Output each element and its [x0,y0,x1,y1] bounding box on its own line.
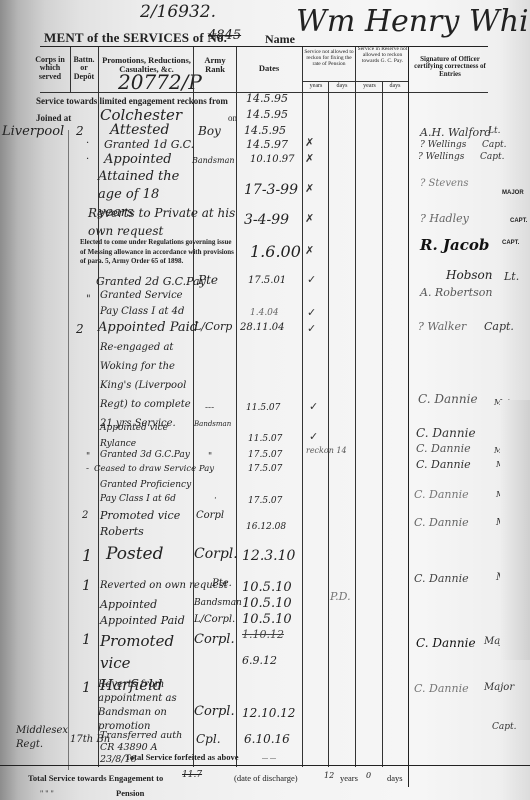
entry-rank: L/Corp [194,320,232,333]
total-engagement-label: Total Service towards Engagement to [28,773,163,783]
entry-battn: 2 [76,322,84,336]
forfeited-dots: ... ... [262,752,276,761]
header-days-2: days [382,83,408,89]
entry-event: Appointed vice Rylance [100,420,192,452]
days-value: 0 [366,771,371,780]
entry-battn: 1 [82,546,92,565]
entry-date: 10.10.97 [250,154,295,165]
entry-date: 1.4.04 [250,308,279,318]
signature: C. Dannie [414,488,469,501]
signature: ? Stevens [420,178,468,189]
header-service-not-allowed: Service not allowed to reckon for fixing… [303,50,355,67]
entry-date: 6.9.12 [242,654,277,667]
entry-date: 17.5.07 [248,464,282,474]
entry-date: 10.5.10 [242,596,292,611]
signature: C. Dannie [416,442,471,455]
entry-corps: Liverpool [2,124,64,139]
entry-event: Promoted vice Roberts [100,508,192,540]
entry-event: Re-engaged at Woking for the King's (Liv… [100,338,192,433]
entry-date: 14.5.95 [244,124,286,137]
col-rule [70,47,71,92]
entry-mark: ✓ [307,306,316,319]
entry-rank: Corpl. [194,632,235,647]
entry-date-struck: 1.10.12 [242,628,284,641]
entry-rank: " [208,452,212,462]
entry-mark: ✓ [307,273,316,286]
entry-rank: Bandsman [192,156,235,165]
limited-engagement-date: 14.5.95 [246,92,288,105]
entry-event: Granted Proficiency Pay Class I at 6d [100,478,192,506]
signature-rank: CAPT. [502,240,519,246]
signature: C. Dannie [414,682,469,695]
forfeited-label: Total Service forfeited as above [125,752,238,762]
entry-battn: · [86,138,89,149]
joined-at-label: Joined at [36,113,71,123]
entry-date: 16.12.08 [246,522,286,532]
signature-rank: Capt. [480,152,505,162]
entry-event: Appointed [100,598,157,611]
total-engagement-value: 11.7 [182,770,202,780]
entry-mark: ✗ [305,244,314,257]
entry-date: 14.5.97 [246,138,288,151]
joined-date: 14.5.95 [246,108,288,121]
signature: ? Walker [418,320,466,333]
entry-date: 1.6.00 [250,242,301,261]
footer-rule [0,765,530,766]
signature: C. Dannie [418,392,478,406]
entry-rank: Cpl. [196,732,221,746]
entry-rank: Bandsman [194,598,242,608]
entry-event: Appointed Paid [100,614,185,627]
pension-label: Pension [116,788,144,798]
entry-date: 12.3.10 [242,548,295,564]
entry-event: Reverted on own request [100,580,228,591]
entry-event: Granted 2d G.C.Pay [96,275,206,288]
entry-mark: ✗ [305,182,314,195]
entry-mark: ✓ [309,400,318,413]
col-rule [408,47,409,787]
entry-date: 11.5.07 [248,434,282,444]
col-rule [302,47,303,767]
entry-date: 17.5.01 [248,275,286,286]
entry-event: Granted 1d G.C. [104,138,194,151]
entry-rank: Corpl. [194,704,235,719]
days-label: days [387,773,403,783]
header-battn: Battn. or Depôt [70,56,98,81]
signature-rank: Capt. [482,140,507,150]
entry-mark: ✗ [305,152,314,165]
signature: A. Robertson [420,286,492,299]
entry-date: 28.11.04 [240,322,285,333]
col-rule [68,130,69,770]
entry-battn: 1 [82,578,91,594]
entry-rank: L/Corpl. [194,614,235,625]
entry-date: 17.5.07 [248,450,282,460]
entry-corps: Middlesex Regt. [16,724,66,752]
signature-rank: Capt. [484,320,514,333]
signature-rank: CAPT. [510,218,527,224]
discharge-label: (date of discharge) [234,773,298,783]
header-corps: Corps in which served [30,56,70,81]
entry-event: Reverts to Private at his own request [88,204,238,240]
entry-mark: ✗ [305,136,314,149]
entry-rank: Pte. [212,578,232,589]
years-label: years [340,773,358,783]
signature: C. Dannie [416,636,476,650]
col-rule [236,47,237,767]
entry-rank: Pte [198,273,218,287]
signature: C. Dannie [414,516,469,529]
entry-rank: Boy [198,124,221,138]
soldier-name: Wm Henry Whiting [296,4,530,39]
signature-rank: Lt. [504,270,519,283]
col-rule [328,81,329,767]
years-value: 12 [324,771,334,780]
col-rule [382,81,383,767]
col-rule [355,47,356,767]
signature: C. Dannie [416,458,471,471]
signature: R. Jacob [420,236,489,254]
entry-event: Ceased to draw Service Pay [94,464,214,474]
entry-date: 10.5.10 [242,612,292,627]
header-signature: Signature of Officer certifying correctn… [410,56,490,78]
signature-rank: Capt. [492,722,517,732]
signature: C. Dannie [416,426,476,440]
signature: ? Hadley [420,212,469,225]
entry-date: 11.5.07 [246,403,280,413]
entry-mark: ✓ [307,322,316,335]
header-days-1: days [329,83,355,89]
entry-date: 12.10.12 [242,706,295,720]
signature: ? Wellings [420,140,466,150]
entry-rank: --- [205,403,214,413]
entry-event: Appointed [104,152,172,167]
entry-rank: · [214,494,217,504]
entry-battn: - [86,464,89,474]
header-years-1: years [303,83,329,89]
entry-event: Reverts from appointment as Bandsman on … [98,678,192,734]
entry-rank: Bandsman [194,420,231,428]
entry-event-printed: Elected to come under Regulations govern… [80,238,238,267]
entry-date: 17-3-99 [244,182,298,198]
original-service-number: 4845 [208,28,241,43]
signature-rank: Major [484,682,514,693]
name-label: Name [265,32,295,47]
signature: C. Dannie [414,572,469,585]
entry-battn: " [86,294,91,305]
header-rule [40,46,488,47]
overwritten-regimental-number: 20772/P [118,70,202,94]
margin-note-reckon: reckon 14 [306,446,347,455]
margin-note-pd: P.D. [330,590,351,603]
signature-rank: Lt. [488,126,500,136]
entry-date: 17.5.07 [248,496,282,506]
entry-rank: Corpl. [194,546,238,562]
entry-battn: · [86,154,89,165]
entry-date: 6.10.16 [244,732,290,746]
entry-battn: 2 [76,124,84,138]
entry-mark: ✗ [305,212,314,225]
entry-event: Appointed Paid [98,320,198,335]
ditto-marks: " " " [40,789,54,798]
torn-edge [500,400,530,660]
entry-rank: Corpl [196,510,224,521]
entry-battn: 1 [82,680,91,696]
top-reference-number: 2/16932. [140,2,216,22]
entry-battn: " [86,452,90,462]
signature: A.H. Walford [420,126,491,139]
joined-on-label: on [228,113,237,123]
entry-event: Granted 3d G.C.Pay [100,450,190,460]
entry-event: Granted Service Pay Class I at 4d [100,288,195,320]
entry-event: Attested [110,122,169,138]
limited-engagement-label: Service towards limited engagement recko… [36,96,228,106]
signature: Hobson [446,268,492,282]
entry-mark: ✓ [309,430,318,443]
service-record-sheet: 2/16932. MENT of the SERVICES of No. 484… [0,0,530,800]
title-prefix: MENT of the SERVICES of No. [44,30,227,46]
entry-date: 3-4-99 [244,212,289,228]
signature-rank: MAJOR [502,190,524,196]
entry-battn: 1 [82,632,91,648]
entry-event: Posted [106,544,163,564]
header-reserve-not-allowed: Service in Reserve not allowed to reckon… [357,47,408,64]
header-dates: Dates [238,64,300,73]
header-years-2: years [357,83,382,89]
entry-date: 10.5.10 [242,580,292,595]
entry-battn: 2 [82,510,88,521]
col-rule [98,47,99,767]
signature: ? Wellings [418,152,464,162]
